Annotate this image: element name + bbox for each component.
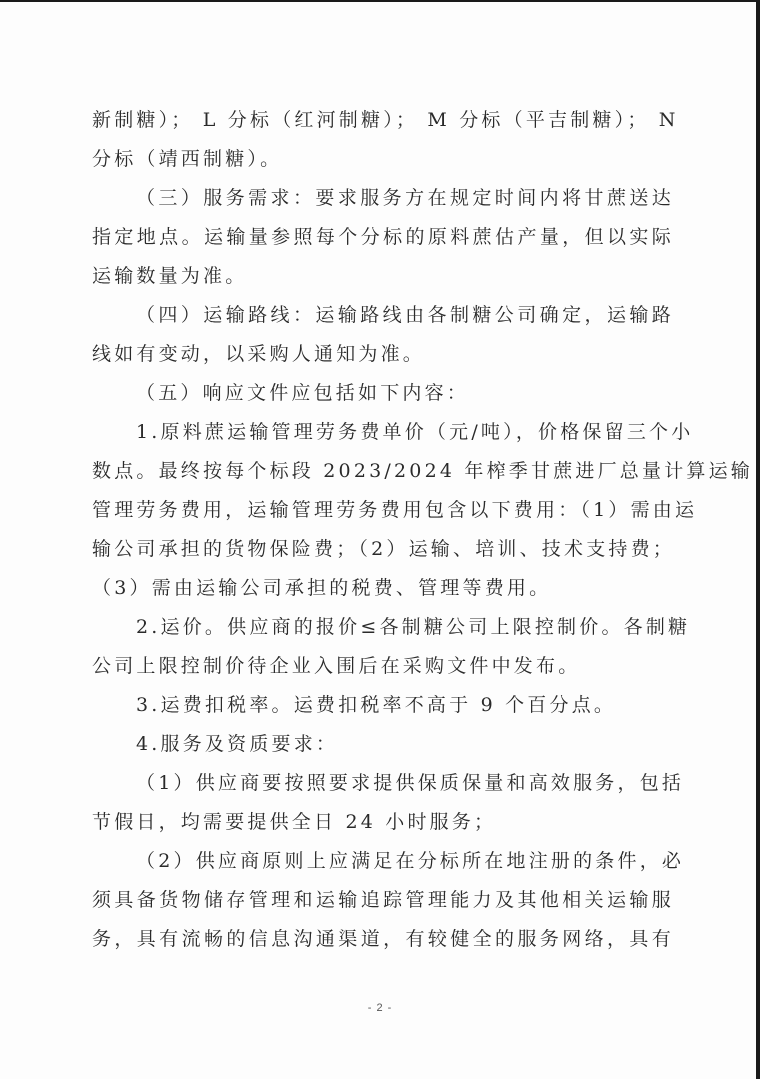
- text-line: 须具备货物储存管理和运输追踪管理能力及其他相关运输服: [92, 881, 674, 920]
- page-number: - 2 -: [0, 1002, 760, 1014]
- text-line: 输公司承担的货物保险费；（2）运输、培训、技术支持费；: [92, 530, 674, 569]
- list-item-4-service-qualification: 4.服务及资质要求：: [92, 725, 674, 764]
- section-heading-transport-route: （四）运输路线：运输路线由各制糖公司确定，运输路: [92, 296, 674, 335]
- document-page: 新制糖）； L 分标（红河制糖）； M 分标（平吉制糖）； N 分标（靖西制糖）…: [0, 0, 760, 1079]
- text-line: 指定地点。运输量参照每个分标的原料蔗估产量，但以实际: [92, 218, 674, 257]
- text-line: 线如有变动，以采购人通知为准。: [92, 335, 674, 374]
- section-heading-service-requirements: （三）服务需求：要求服务方在规定时间内将甘蔗送达: [92, 179, 674, 218]
- text-line: 分标（靖西制糖）。: [92, 140, 674, 179]
- list-item-3-tax-rate: 3.运费扣税率。运费扣税率不高于 9 个百分点。: [92, 686, 674, 725]
- document-body: 新制糖）； L 分标（红河制糖）； M 分标（平吉制糖）； N 分标（靖西制糖）…: [92, 101, 674, 959]
- sub-item-1-service-quality: （1）供应商要按照要求提供保质保量和高效服务，包括: [92, 764, 674, 803]
- text-line: 公司上限控制价待企业入围后在采购文件中发布。: [92, 647, 674, 686]
- sub-item-2-registration: （2）供应商原则上应满足在分标所在地注册的条件，必: [92, 842, 674, 881]
- section-heading-response-documents: （五）响应文件应包括如下内容：: [92, 374, 674, 413]
- text-line: 务，具有流畅的信息沟通渠道，有较健全的服务网络，具有: [92, 920, 674, 959]
- list-item-2-freight-price: 2.运价。供应商的报价≤各制糖公司上限控制价。各制糖: [92, 608, 674, 647]
- list-item-1-unit-price: 1.原料蔗运输管理劳务费单价（元/吨），价格保留三个小: [92, 413, 674, 452]
- text-line: 管理劳务费用，运输管理劳务费用包含以下费用：（1）需由运: [92, 491, 674, 530]
- text-line: 数点。最终按每个标段 2023/2024 年榨季甘蔗进厂总量计算运输: [92, 452, 674, 491]
- text-line: （3）需由运输公司承担的税费、管理等费用。: [92, 569, 674, 608]
- text-line: 运输数量为准。: [92, 257, 674, 296]
- text-line: 新制糖）； L 分标（红河制糖）； M 分标（平吉制糖）； N: [92, 101, 674, 140]
- text-line: 节假日，均需要提供全日 24 小时服务；: [92, 803, 674, 842]
